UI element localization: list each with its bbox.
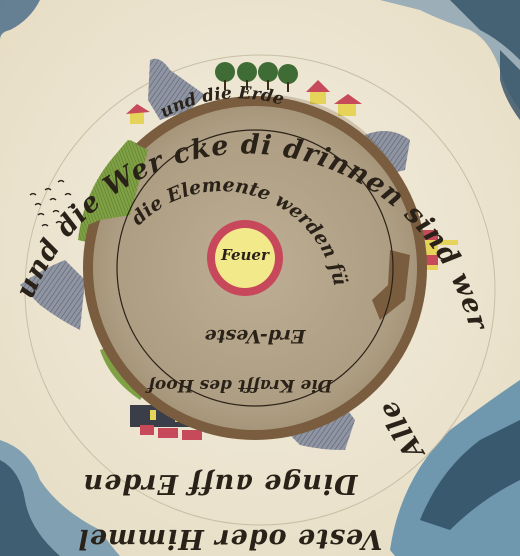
- center-label: Feuer: [220, 246, 270, 264]
- fire-core: Feuer: [207, 220, 283, 296]
- crust-band-bottom-text: Die Krafft des Hoof: [145, 375, 333, 395]
- outer-ring-bottom-text-1: Dinge auff Erden: [82, 468, 358, 499]
- outer-ring-bottom-text-2: Veste oder Himmel: [78, 523, 383, 554]
- inner-bottom-text: Erd-Veste: [205, 325, 307, 347]
- engraving-canvas: Feuer die Elemente werden für Hitze zers…: [0, 0, 520, 556]
- engraving-scene: Feuer die Elemente werden für Hitze zers…: [0, 0, 520, 556]
